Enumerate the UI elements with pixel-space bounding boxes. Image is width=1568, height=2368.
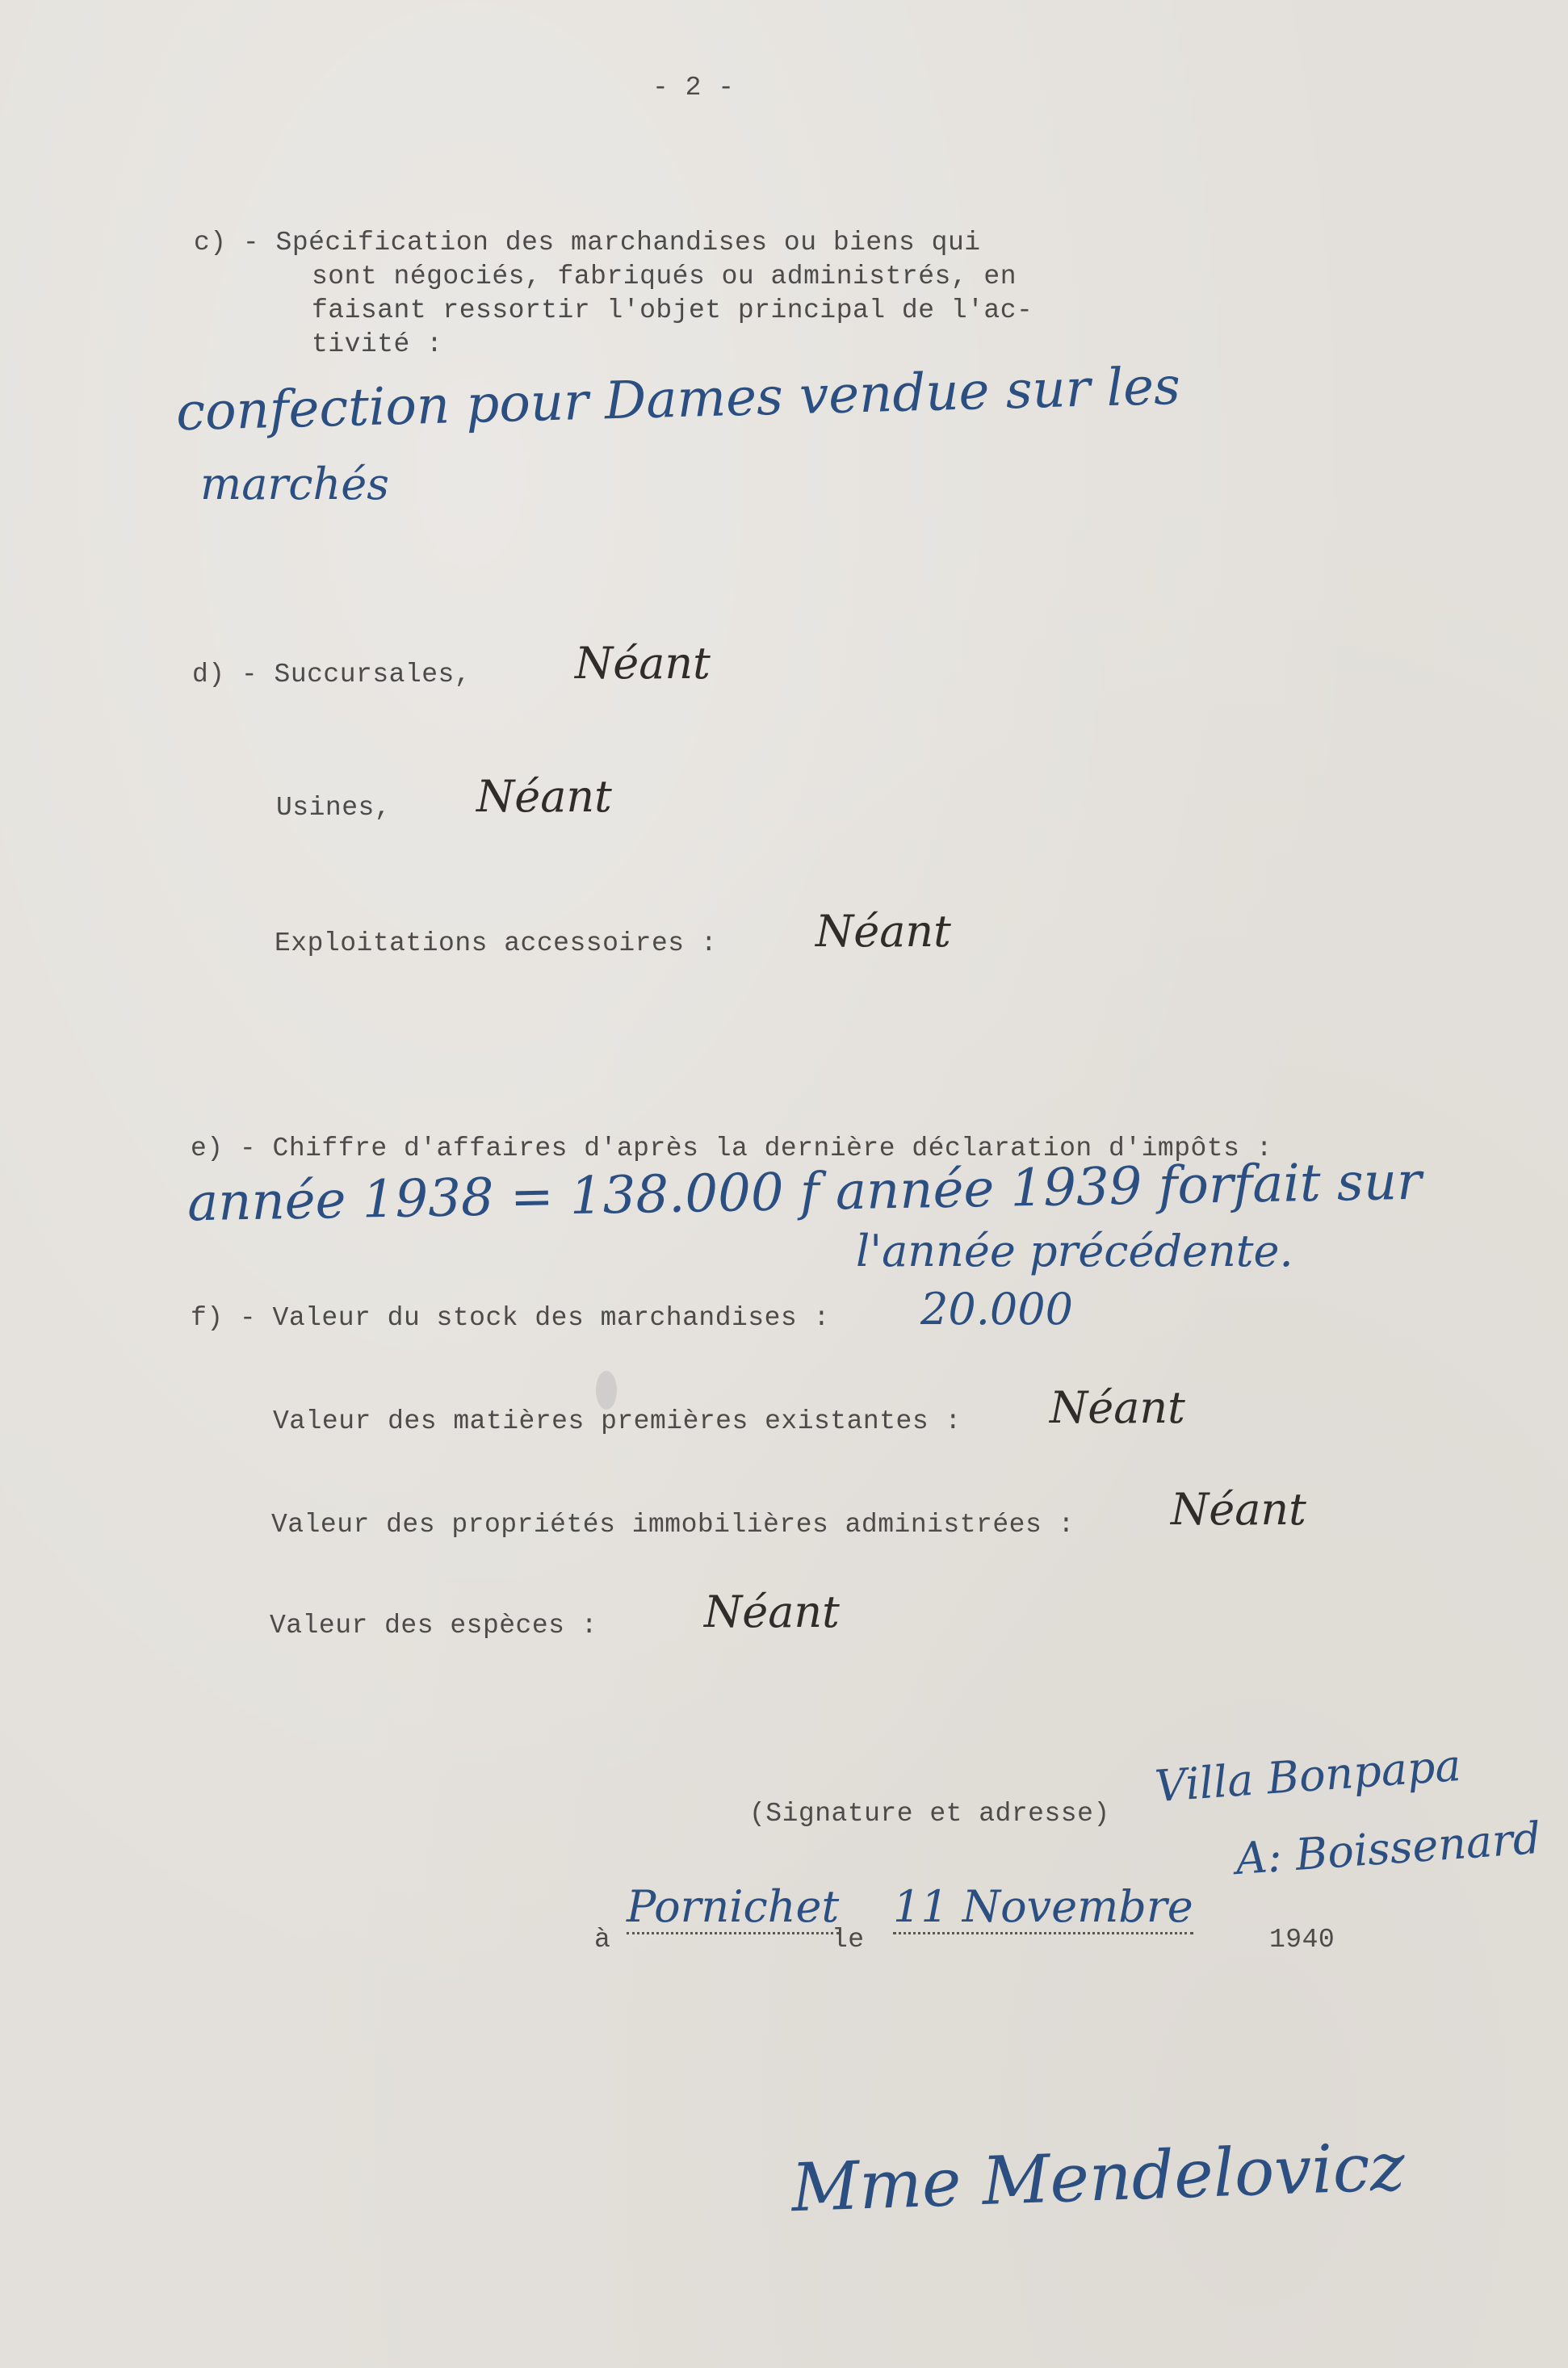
section-e-answer-line-2: l'année précédente.: [856, 1226, 1293, 1276]
usines-value: Néant: [476, 771, 612, 822]
exploitations-label: Exploitations accessoires :: [275, 927, 717, 961]
page-number: - 2 -: [652, 71, 735, 105]
signature-label: (Signature et adresse): [749, 1797, 1110, 1831]
exploitations-value: Néant: [815, 906, 951, 957]
place-prefix: à: [594, 1923, 610, 1957]
date-prefix: le: [832, 1923, 865, 1957]
matieres-label: Valeur des matières premières existantes…: [273, 1405, 962, 1439]
succursales-value: Néant: [575, 638, 711, 689]
section-c-line-2: faisant ressortir l'objet principal de l…: [312, 294, 1033, 328]
place-value: Pornichet: [627, 1881, 839, 1934]
matieres-value: Néant: [1050, 1382, 1185, 1433]
succursales-label: d) - Succursales,: [192, 658, 471, 692]
section-c-line-1: sont négociés, fabriqués ou administrés,…: [312, 260, 1017, 294]
especes-label: Valeur des espèces :: [270, 1609, 597, 1643]
proprietes-label: Valeur des propriétés immobilières admin…: [271, 1508, 1075, 1542]
date-value: 11 Novembre: [893, 1881, 1193, 1934]
ink-stain: [596, 1371, 617, 1410]
section-c-answer-line-2: marchés: [200, 459, 389, 509]
proprietes-value: Néant: [1171, 1484, 1306, 1535]
section-c-line-3: tivité :: [312, 328, 442, 362]
especes-value: Néant: [704, 1586, 840, 1637]
stock-value: 20.000: [920, 1284, 1073, 1335]
stock-label: f) - Valeur du stock des marchandises :: [191, 1301, 830, 1335]
usines-label: Usines,: [276, 791, 391, 825]
section-c-label: c) - Spécification des marchandises ou b…: [194, 226, 981, 260]
year: 1940: [1269, 1923, 1335, 1957]
